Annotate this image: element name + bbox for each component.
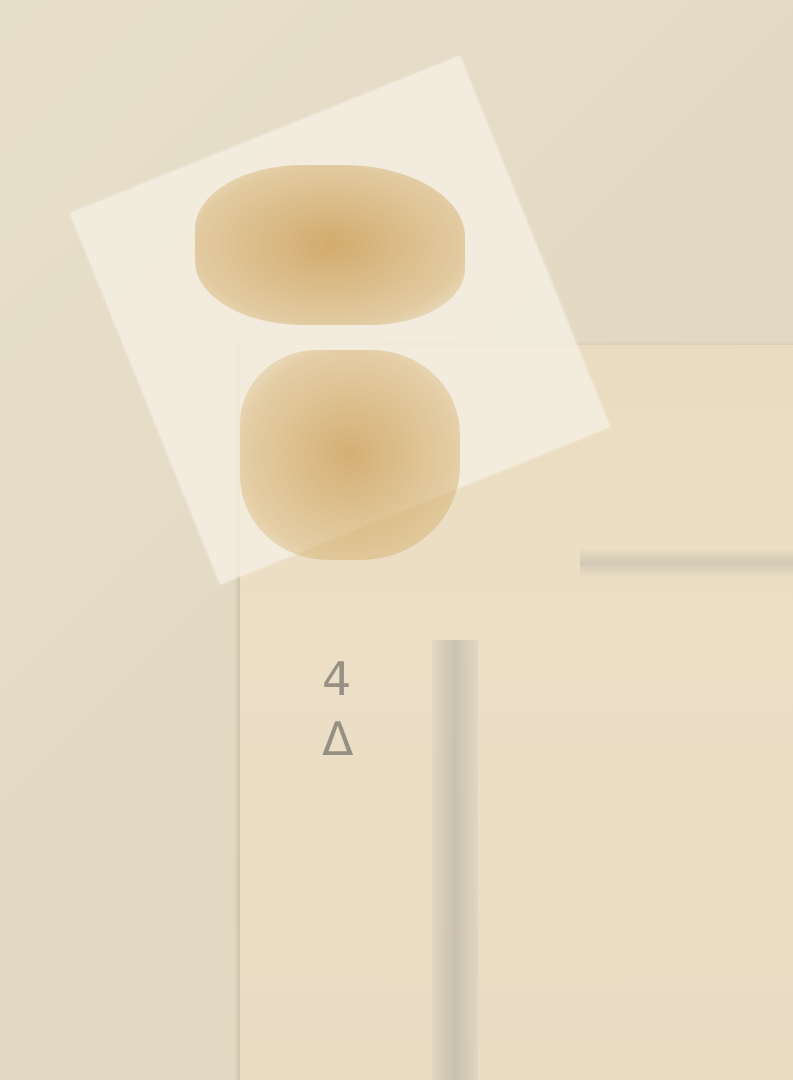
pencil-mark-1: 4 (322, 650, 353, 710)
pencil-mark-2: Δ (322, 710, 353, 770)
horizontal-shadow-band (580, 548, 793, 578)
pencil-marks: 4 Δ (322, 650, 353, 770)
adhesive-stain-lower (240, 350, 460, 560)
vertical-shadow-band (432, 640, 478, 1080)
adhesive-stain-upper (195, 165, 465, 325)
